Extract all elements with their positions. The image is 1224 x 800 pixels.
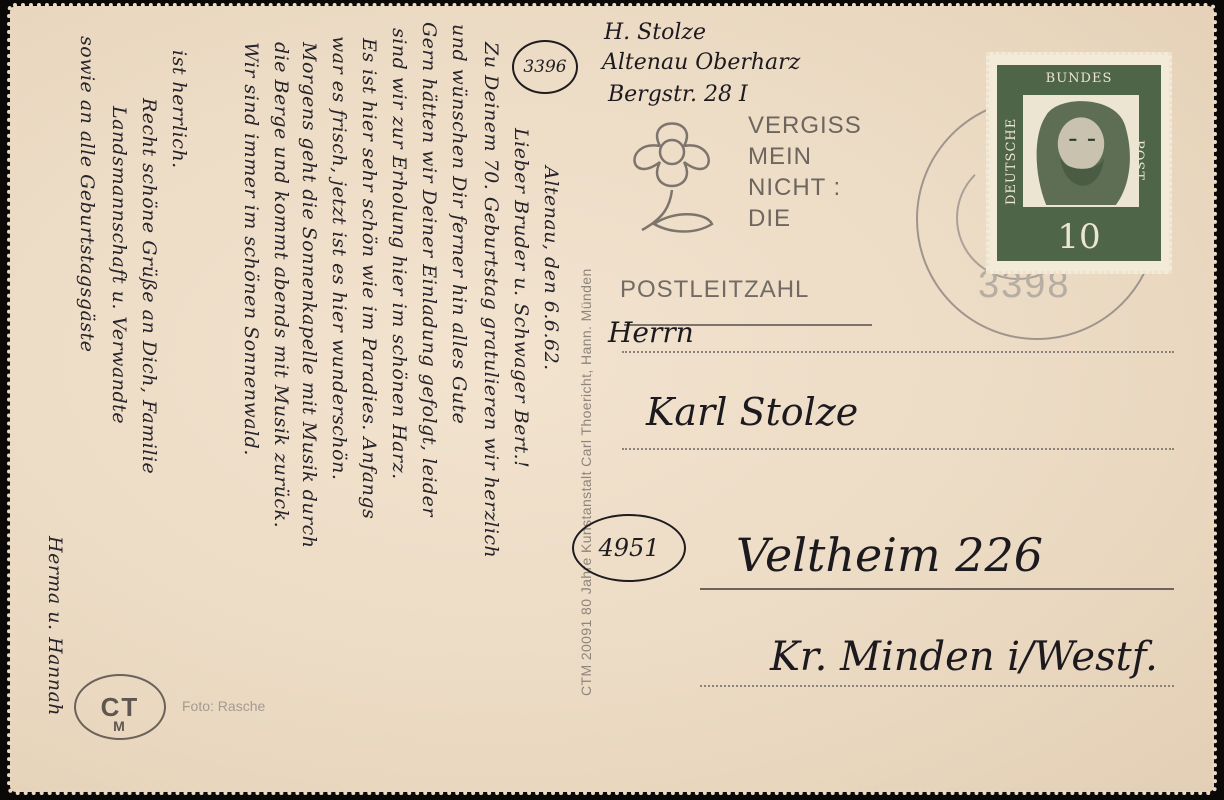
address-line-2 bbox=[622, 448, 1174, 450]
recipient-postcode: 4951 bbox=[572, 514, 686, 582]
recipient-district: Kr. Minden i/Westf. bbox=[770, 634, 1158, 680]
recipient-name: Karl Stolze bbox=[646, 390, 858, 434]
postage-stamp: BUNDES DEUTSCHE POST 10 bbox=[986, 52, 1172, 274]
publisher-logo-sub: M bbox=[113, 718, 127, 734]
cancel-line: DIE bbox=[748, 203, 862, 234]
message-signature: Herma u. Hannah bbox=[44, 536, 66, 716]
stamp-portrait-icon bbox=[1023, 95, 1139, 207]
message-line: Gern hätten wir Deiner Einladung gefolgt… bbox=[418, 22, 440, 517]
machine-cancel-slogan: VERGISS MEIN NICHT : DIE bbox=[748, 110, 862, 234]
postcard: Altenau, den 6.6.62. Lieber Bruder u. Sc… bbox=[10, 6, 1214, 792]
message-line: Landsmannschaft u. Verwandte bbox=[108, 106, 130, 424]
cancel-postleitzahl: POSTLEITZAHL bbox=[620, 276, 809, 304]
forget-me-not-flower-icon bbox=[614, 106, 730, 246]
message-line: war es frisch, jetzt ist es hier wunders… bbox=[328, 36, 350, 480]
message-line: sowie an alle Geburtstagsgäste bbox=[76, 36, 98, 352]
photo-credit: Foto: Rasche bbox=[182, 698, 265, 714]
message-line: sind wir zur Erholung hier im schönen Ha… bbox=[388, 28, 410, 480]
message-line: und wünschen Dir ferner hin alles Gute bbox=[448, 24, 470, 424]
sender-name: H. Stolze bbox=[604, 20, 706, 45]
address-line-1 bbox=[622, 351, 1174, 353]
cancel-line: MEIN bbox=[748, 141, 862, 172]
sender-postcode-text: 3396 bbox=[523, 57, 566, 77]
recipient-street: Veltheim 226 bbox=[736, 528, 1043, 582]
message-line: Lieber Bruder u. Schwager Bert.! bbox=[510, 128, 532, 468]
sender-postcode: 3396 bbox=[512, 40, 578, 94]
stamp-top-text: BUNDES bbox=[997, 71, 1161, 86]
publisher-logo: CT M bbox=[74, 674, 166, 740]
message-line: Wir sind immer im schönen Sonnenwald. bbox=[240, 42, 262, 456]
stamp-value: 10 bbox=[997, 217, 1161, 257]
message-place-date: Altenau, den 6.6.62. bbox=[540, 166, 562, 371]
address-line-4 bbox=[700, 685, 1174, 687]
cancel-line: VERGISS bbox=[748, 110, 862, 141]
message-line: ist herrlich. bbox=[168, 50, 190, 169]
sender-street: Bergstr. 28 I bbox=[608, 82, 748, 107]
stamp-left-text: DEUTSCHE bbox=[1004, 118, 1019, 205]
message-line: die Berge und kommt abends mit Musik zur… bbox=[270, 42, 292, 528]
message-line: Morgens geht die Sonnenkapelle mit Musik… bbox=[298, 42, 320, 549]
cancel-line: NICHT : bbox=[748, 172, 862, 203]
stamp-frame: BUNDES DEUTSCHE POST 10 bbox=[997, 65, 1161, 261]
recipient-salutation: Herrn bbox=[608, 316, 694, 349]
message-line: Es ist hier sehr schön wie im Paradies. … bbox=[358, 38, 380, 519]
publisher-imprint: CTM 20091 80 Jahre Kunstanstalt Carl Tho… bbox=[578, 268, 594, 696]
message-line: Recht schöne Grüße an Dich, Familie bbox=[138, 98, 160, 474]
address-line-3 bbox=[700, 588, 1174, 590]
message-line: Zu Deinem 70. Geburtstag gratulieren wir… bbox=[480, 42, 502, 558]
recipient-postcode-text: 4951 bbox=[598, 534, 659, 562]
sender-town: Altenau Oberharz bbox=[602, 50, 800, 75]
